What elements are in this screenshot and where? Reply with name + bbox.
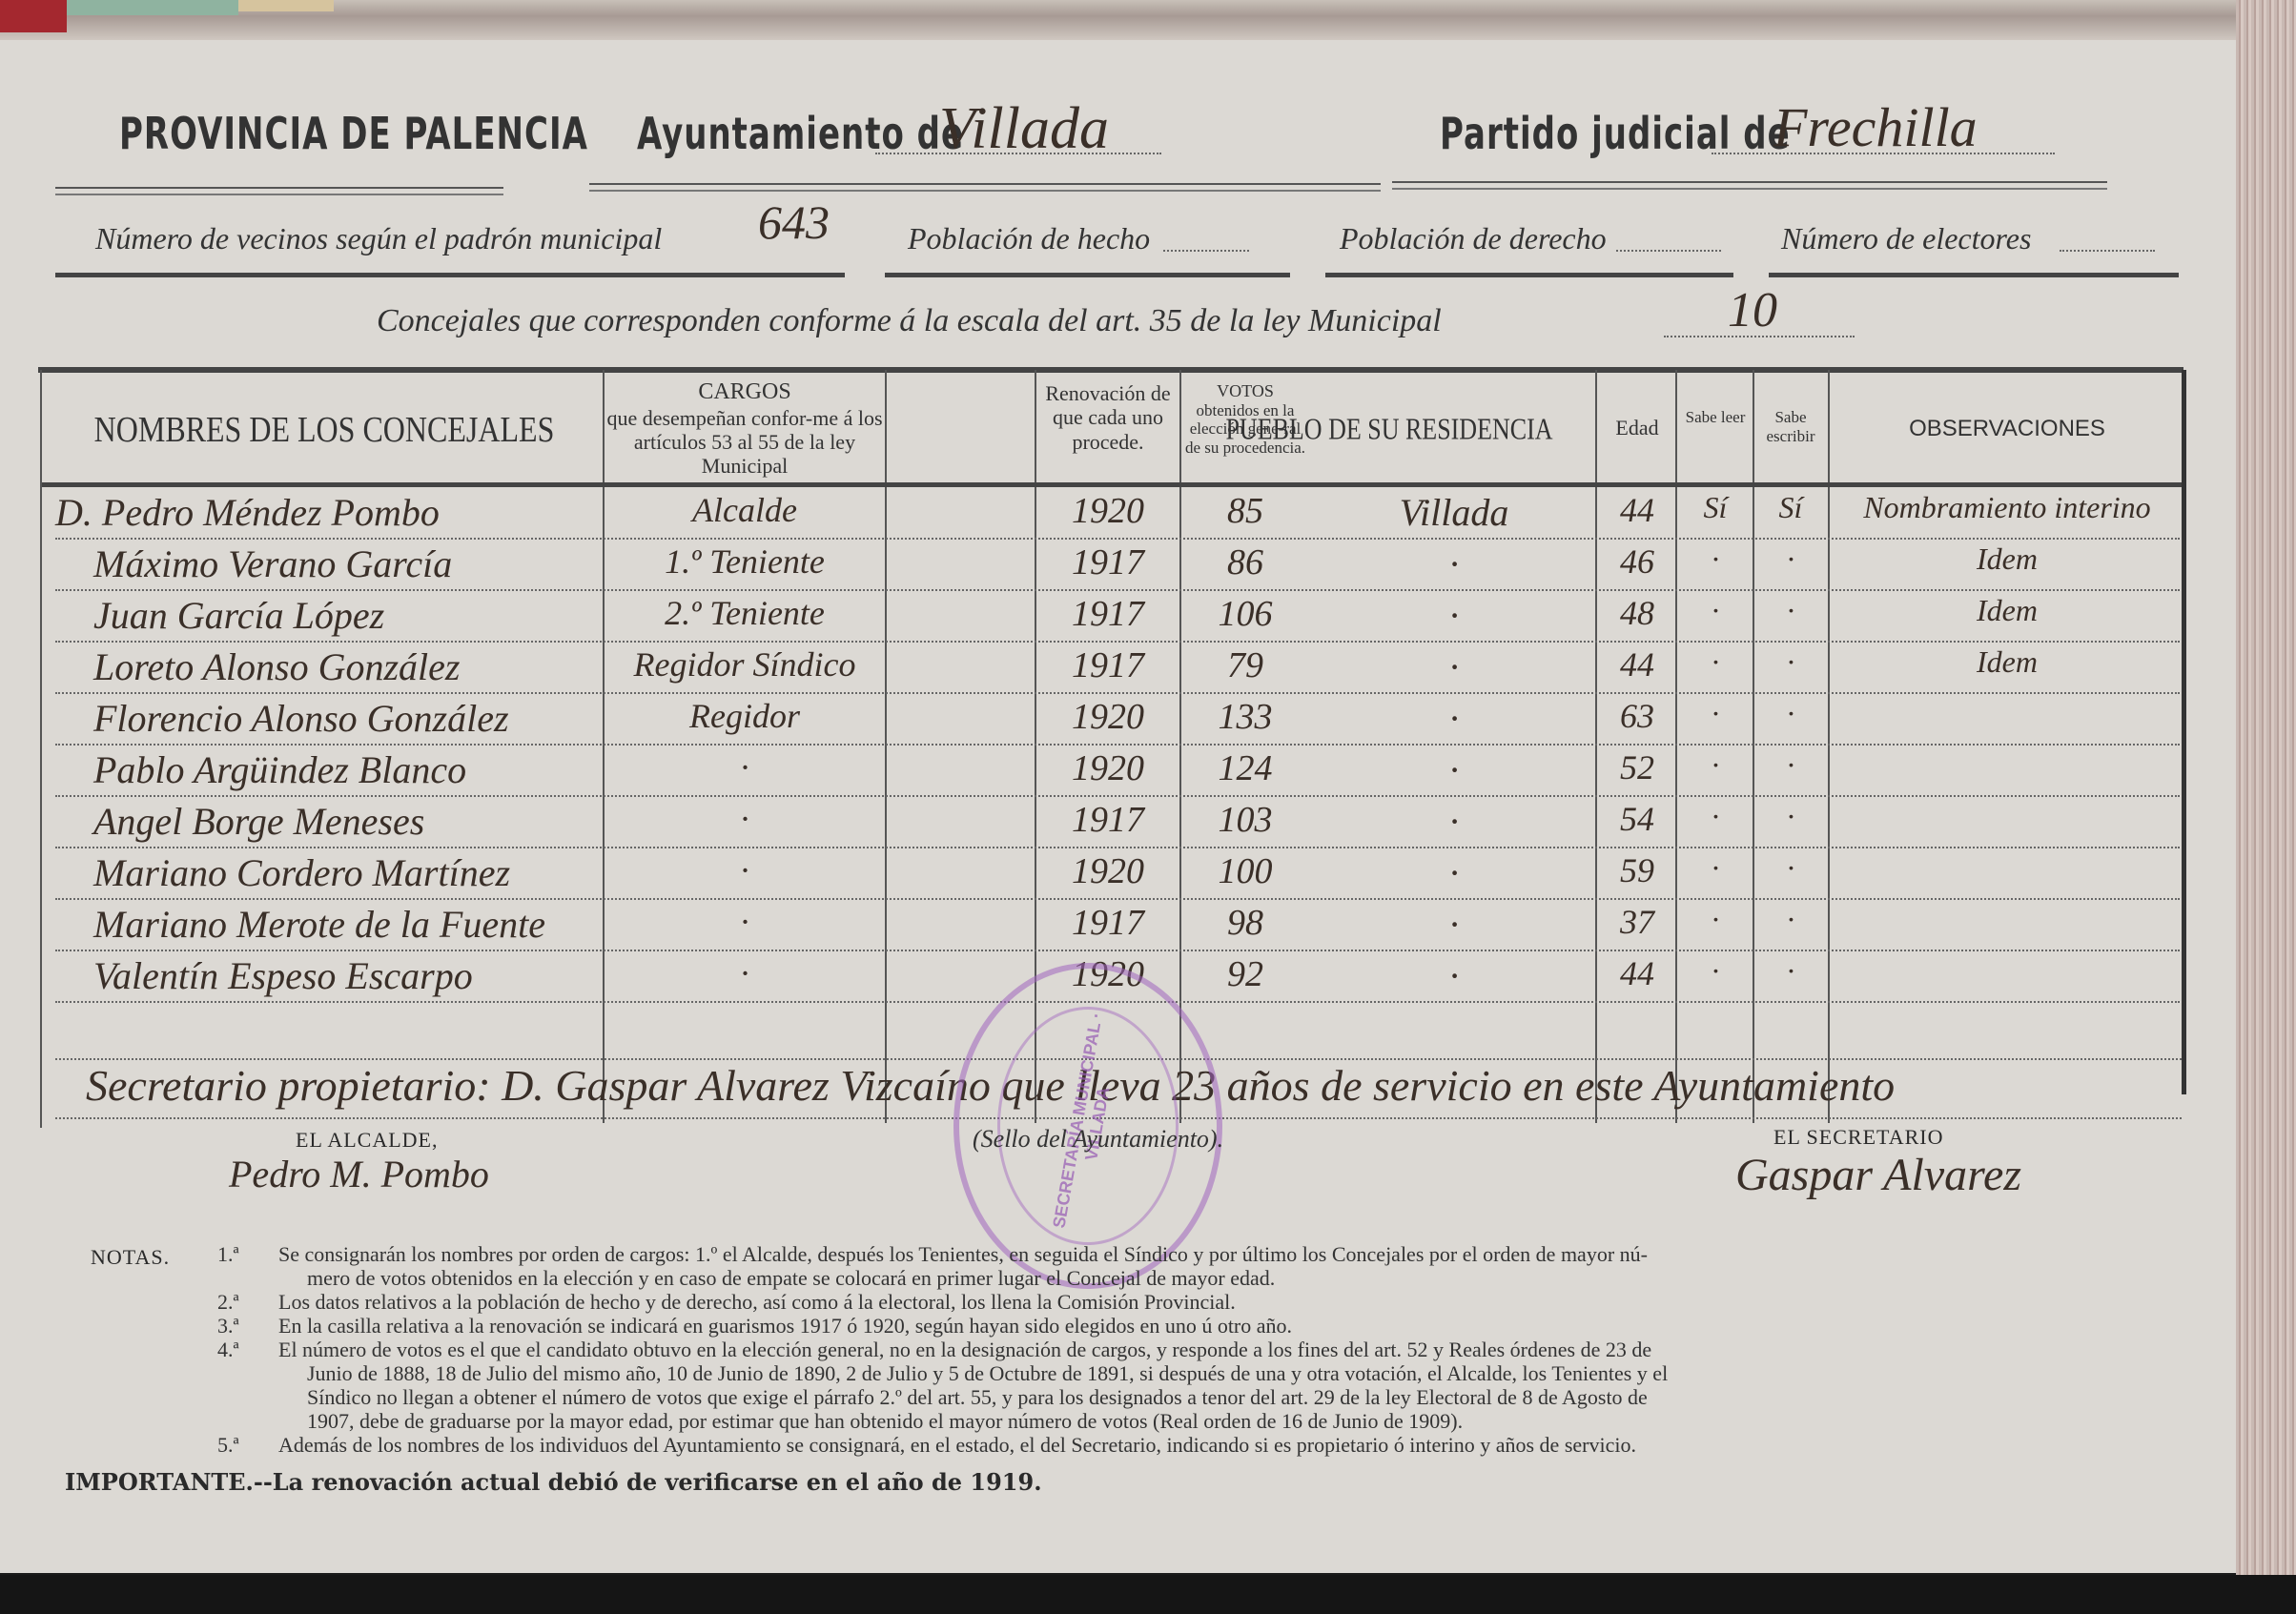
- ayuntamiento-value: Villada: [939, 95, 1109, 163]
- derecho-dotted-line: [1616, 250, 1721, 252]
- cargos-title: CARGOS: [606, 379, 883, 406]
- row-dotted-line: [55, 744, 2180, 746]
- note-line: Síndico no llegan a obtener el número de…: [307, 1386, 1648, 1409]
- col-header-observaciones: OBSERVACIONES: [1835, 416, 2179, 442]
- cell-cargo: ·: [606, 850, 883, 890]
- note-line: En la casilla relativa a la renovación s…: [278, 1315, 1292, 1338]
- cell-renovacion: 1917: [1039, 902, 1177, 944]
- cell-nombre: Pablo Argüindez Blanco: [55, 747, 637, 792]
- green-tab: [67, 0, 238, 15]
- book-page-edges: [2236, 0, 2296, 1614]
- cell-obs: Nombramiento interino: [1835, 490, 2179, 525]
- cell-votos: 98: [1182, 902, 1308, 944]
- col-header-edad: Edad: [1602, 416, 1672, 439]
- cell-escribir: ·: [1755, 953, 1826, 989]
- cell-cargo: Regidor: [606, 696, 883, 736]
- col-header-pueblo: PUEBLO DE SU RESIDENCIA: [1184, 413, 1594, 447]
- province-title: PROVINCIA DE PALENCIA: [119, 109, 588, 160]
- cell-escribir: ·: [1755, 747, 1826, 783]
- cell-renovacion: 1920: [1039, 747, 1177, 789]
- note-number: 1.ª: [217, 1243, 239, 1266]
- cell-leer: ·: [1680, 747, 1751, 783]
- note-line: Junio de 1888, 18 de Julio del mismo año…: [307, 1362, 1668, 1385]
- cell-obs: Idem: [1835, 644, 2179, 680]
- cell-votos: 100: [1182, 850, 1308, 892]
- cell-escribir: ·: [1755, 541, 1826, 577]
- cell-edad: 59: [1602, 850, 1672, 890]
- cell-cargo: 2.º Teniente: [606, 593, 883, 633]
- cell-escribir: ·: [1755, 593, 1826, 628]
- cell-leer: Sí: [1680, 490, 1751, 525]
- col-header-nombres: NOMBRES DE LOS CONCEJALES: [57, 408, 591, 450]
- cell-votos: 103: [1182, 799, 1308, 841]
- cell-votos: 133: [1182, 696, 1308, 738]
- alcalde-signature: Pedro M. Pombo: [229, 1152, 489, 1196]
- row-dotted-line: [55, 950, 2180, 951]
- cell-nombre: Florencio Alonso González: [55, 696, 637, 741]
- alcalde-label: EL ALCALDE,: [296, 1128, 439, 1153]
- cell-edad: 37: [1602, 902, 1672, 942]
- cell-edad: 44: [1602, 490, 1672, 530]
- header-bottom-rule: [42, 482, 2182, 487]
- cell-cargo: ·: [606, 747, 883, 787]
- vecinos-label: Número de vecinos según el padrón munici…: [95, 221, 662, 256]
- cell-votos: 124: [1182, 747, 1308, 789]
- cell-pueblo: ·: [1316, 747, 1592, 792]
- cell-obs: Idem: [1835, 541, 2179, 577]
- cell-edad: 52: [1602, 747, 1672, 787]
- row-dotted-line: [55, 589, 2180, 591]
- cell-nombre: Mariano Merote de la Fuente: [55, 902, 637, 947]
- cell-escribir: ·: [1755, 644, 1826, 680]
- cell-edad: 46: [1602, 541, 1672, 582]
- note-number: 5.ª: [217, 1434, 239, 1457]
- cell-votos: 92: [1182, 953, 1308, 995]
- cell-edad: 48: [1602, 593, 1672, 633]
- table-right-border: [2182, 370, 2186, 1094]
- cell-escribir: ·: [1755, 799, 1826, 834]
- cell-cargo: ·: [606, 902, 883, 942]
- cell-renovacion: 1917: [1039, 644, 1177, 686]
- col-header-escribir: Sabe escribir: [1755, 408, 1826, 445]
- cell-renovacion: 1917: [1039, 593, 1177, 635]
- cell-pueblo: ·: [1316, 799, 1592, 844]
- cell-renovacion: 1920: [1039, 490, 1177, 532]
- note-number: 4.ª: [217, 1338, 239, 1361]
- partido-value: Frechilla: [1773, 95, 1978, 159]
- hecho-label: Población de hecho: [908, 221, 1150, 256]
- notes-label: NOTAS.: [91, 1245, 170, 1270]
- cargos-sub: que desempeñan confor-me á los artículos…: [606, 406, 883, 479]
- cell-votos: 86: [1182, 541, 1308, 583]
- table-top-border: [38, 367, 2183, 373]
- col-header-cargos: CARGOS que desempeñan confor-me á los ar…: [606, 379, 883, 478]
- note-line: mero de votos obtenidos en la elección y…: [307, 1267, 1275, 1290]
- hecho-dotted-line: [1163, 250, 1249, 252]
- concejales-label: Concejales que corresponden conforme á l…: [377, 303, 1442, 339]
- sello-label: (Sello del Ayuntamiento).: [973, 1125, 1223, 1154]
- cell-leer: ·: [1680, 799, 1751, 834]
- divider: [589, 183, 1381, 192]
- divider: [1325, 273, 1733, 277]
- cell-nombre: Loreto Alonso González: [55, 644, 637, 689]
- tan-tab: [238, 0, 334, 11]
- cell-leer: ·: [1680, 644, 1751, 680]
- col-header-renovacion: Renovación de que cada uno procede.: [1039, 381, 1177, 454]
- cell-renovacion: 1917: [1039, 541, 1177, 583]
- vecinos-value: 643: [758, 194, 830, 250]
- cell-pueblo: ·: [1316, 593, 1592, 638]
- row-dotted-line: [55, 641, 2180, 643]
- cell-leer: ·: [1680, 541, 1751, 577]
- cell-nombre: Angel Borge Meneses: [55, 799, 637, 844]
- row-dotted-line: [55, 538, 2180, 540]
- cell-votos: 106: [1182, 593, 1308, 635]
- cell-edad: 44: [1602, 953, 1672, 993]
- row-dotted-line: [55, 692, 2180, 694]
- derecho-label: Población de derecho: [1340, 221, 1607, 256]
- note-number: 3.ª: [217, 1315, 239, 1338]
- cell-escribir: Sí: [1755, 490, 1826, 525]
- cell-leer: ·: [1680, 696, 1751, 731]
- cell-renovacion: 1920: [1039, 696, 1177, 738]
- cell-cargo: ·: [606, 799, 883, 839]
- divider: [55, 273, 845, 277]
- row-dotted-line: [55, 847, 2180, 848]
- cell-pueblo: ·: [1316, 696, 1592, 741]
- row-dotted-line: [55, 898, 2180, 900]
- cell-nombre: Máximo Verano García: [55, 541, 637, 586]
- row-dotted-line: [55, 795, 2180, 797]
- divider: [55, 187, 503, 195]
- cell-edad: 63: [1602, 696, 1672, 736]
- cell-votos: 79: [1182, 644, 1308, 686]
- note-number: 2.ª: [217, 1291, 239, 1314]
- cell-leer: ·: [1680, 593, 1751, 628]
- divider: [1769, 273, 2179, 277]
- cell-pueblo: ·: [1316, 541, 1592, 586]
- cell-cargo: Alcalde: [606, 490, 883, 530]
- importante-note: IMPORTANTE.--La renovación actual debió …: [65, 1468, 1042, 1496]
- cell-renovacion: 1920: [1039, 850, 1177, 892]
- red-ribbon: [0, 0, 67, 32]
- secretario-label: EL SECRETARIO: [1773, 1125, 1943, 1150]
- cell-edad: 54: [1602, 799, 1672, 839]
- cell-nombre: Valentín Espeso Escarpo: [55, 953, 637, 998]
- concejales-value: 10: [1728, 282, 1777, 338]
- cell-pueblo: ·: [1316, 644, 1592, 689]
- cell-cargo: ·: [606, 953, 883, 993]
- cell-pueblo: ·: [1316, 953, 1592, 998]
- divider: [1392, 181, 2107, 190]
- cell-edad: 44: [1602, 644, 1672, 684]
- cell-escribir: ·: [1755, 902, 1826, 937]
- note-line: Se consignarán los nombres por orden de …: [278, 1243, 1648, 1266]
- cell-cargo: Regidor Síndico: [606, 644, 883, 684]
- electores-label: Número de electores: [1781, 221, 2031, 256]
- secretario-signature: Gaspar Alvarez: [1735, 1149, 2021, 1201]
- col-header-leer: Sabe leer: [1680, 408, 1751, 427]
- votos-title: VOTOS: [1182, 381, 1308, 401]
- cell-nombre: Juan García López: [55, 593, 637, 638]
- book-top-edge: [0, 0, 2296, 40]
- cell-leer: ·: [1680, 850, 1751, 886]
- cell-pueblo: ·: [1316, 902, 1592, 947]
- note-line: Los datos relativos a la población de he…: [278, 1291, 1236, 1314]
- note-line: 1907, debe de graduarse por la mayor eda…: [307, 1410, 1463, 1433]
- cell-obs: Idem: [1835, 593, 2179, 628]
- cell-pueblo: Villada: [1316, 490, 1592, 535]
- cell-votos: 85: [1182, 490, 1308, 532]
- cell-escribir: ·: [1755, 696, 1826, 731]
- cell-cargo: 1.º Teniente: [606, 541, 883, 582]
- note-line: El número de votos es el que el candidat…: [278, 1338, 1651, 1361]
- scan-background: [0, 1575, 2296, 1614]
- cell-renovacion: 1917: [1039, 799, 1177, 841]
- note-line: Además de los nombres de los individuos …: [278, 1434, 1636, 1457]
- cell-leer: ·: [1680, 953, 1751, 989]
- cell-escribir: ·: [1755, 850, 1826, 886]
- cell-leer: ·: [1680, 902, 1751, 937]
- cell-pueblo: ·: [1316, 850, 1592, 895]
- cell-nombre: Mariano Cordero Martínez: [55, 850, 637, 895]
- cell-nombre: D. Pedro Méndez Pombo: [55, 490, 599, 535]
- divider: [885, 273, 1290, 277]
- electores-dotted-line: [2060, 250, 2155, 252]
